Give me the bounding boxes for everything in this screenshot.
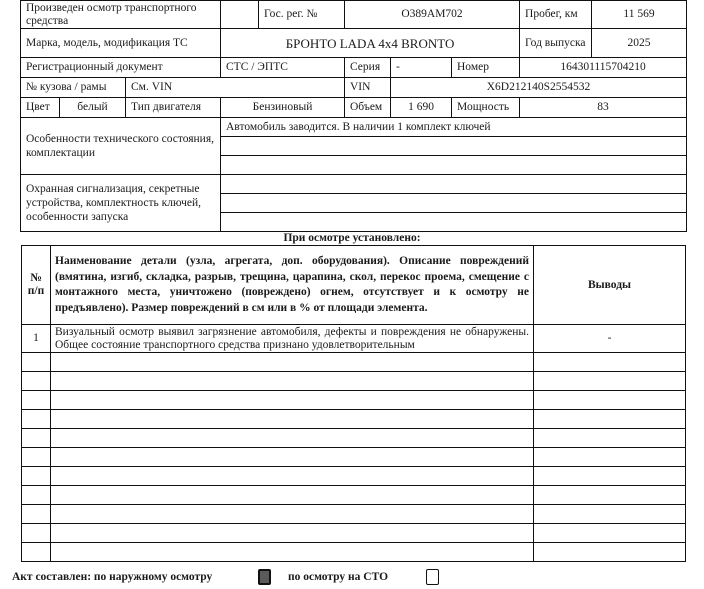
model-label: Марка, модель, модификация ТС (21, 29, 221, 58)
condition-line-1[interactable]: Автомобиль заводится. В наличии 1 компле… (221, 118, 687, 137)
row-description[interactable] (51, 505, 534, 524)
sto-inspection-checkbox[interactable] (426, 569, 439, 585)
number-label: Номер (452, 58, 520, 78)
reg-number-label: Гос. рег. № (259, 1, 345, 29)
row-num[interactable] (22, 353, 51, 372)
row-conclusion[interactable] (534, 353, 686, 372)
header-description: Наименование детали (узла, агрегата, доп… (51, 246, 534, 325)
row-conclusion[interactable] (534, 467, 686, 486)
table-row (22, 391, 686, 410)
condition-line-2[interactable] (221, 137, 687, 156)
condition-line-3[interactable] (221, 156, 687, 175)
row-description[interactable]: Визуальный осмотр выявил загрязнение авт… (51, 325, 534, 353)
row-conclusion[interactable] (534, 429, 686, 448)
series-field[interactable]: - (391, 58, 452, 78)
header-conclusion: Выводы (534, 246, 686, 325)
inspection-label: Произведен осмотр транспортного средства (21, 1, 221, 29)
color-label: Цвет (21, 98, 60, 118)
vin-field[interactable]: X6D212140S2554532 (391, 78, 687, 98)
row-conclusion[interactable] (534, 410, 686, 429)
sto-label: по осмотру на СТО (288, 571, 388, 583)
row-description[interactable] (51, 543, 534, 562)
row-description[interactable] (51, 372, 534, 391)
row-num[interactable] (22, 391, 51, 410)
row-description[interactable] (51, 524, 534, 543)
power-field[interactable]: 83 (520, 98, 687, 118)
security-line-1[interactable] (221, 175, 687, 194)
year-label: Год выпуска (520, 29, 592, 58)
row-conclusion[interactable] (534, 391, 686, 410)
reg-doc-field[interactable]: СТС / ЭПТС (221, 58, 345, 78)
color-field[interactable]: белый (60, 98, 126, 118)
condition-label: Особенности технического состояния, комп… (21, 118, 221, 175)
body-field[interactable]: См. VIN (126, 78, 345, 98)
row-num[interactable] (22, 372, 51, 391)
series-label: Серия (345, 58, 391, 78)
body-label: № кузова / рамы (21, 78, 126, 98)
row-description[interactable] (51, 429, 534, 448)
act-footer: Акт составлен: по наружному осмотру по о… (12, 568, 702, 588)
external-inspection-checkbox[interactable] (258, 569, 271, 585)
engine-label: Тип двигателя (126, 98, 221, 118)
row-num[interactable] (22, 524, 51, 543)
table-row (22, 448, 686, 467)
table-row: 1Визуальный осмотр выявил загрязнение ав… (22, 325, 686, 353)
row-description[interactable] (51, 391, 534, 410)
reg-doc-label: Регистрационный документ (21, 58, 221, 78)
inspection-table: № п/п Наименование детали (узла, агрегат… (21, 245, 686, 562)
inspection-section-title: При осмотре установлено: (0, 232, 704, 244)
inspection-value[interactable] (221, 1, 259, 29)
row-conclusion[interactable] (534, 372, 686, 391)
row-conclusion[interactable] (534, 486, 686, 505)
row-conclusion[interactable] (534, 543, 686, 562)
number-field[interactable]: 164301115704210 (520, 58, 687, 78)
act-label: Акт составлен: по наружному осмотру (12, 571, 212, 583)
row-description[interactable] (51, 410, 534, 429)
header-num: № п/п (22, 246, 51, 325)
row-description[interactable] (51, 467, 534, 486)
year-field[interactable]: 2025 (592, 29, 687, 58)
table-row (22, 524, 686, 543)
table-row (22, 353, 686, 372)
mileage-label: Пробег, км (520, 1, 592, 29)
row-conclusion[interactable] (534, 505, 686, 524)
table-row (22, 467, 686, 486)
row-num[interactable] (22, 448, 51, 467)
row-num[interactable] (22, 543, 51, 562)
mileage-field[interactable]: 11 569 (592, 1, 687, 29)
engine-field[interactable]: Бензиновый (221, 98, 345, 118)
security-line-3[interactable] (221, 213, 687, 232)
row-conclusion[interactable] (534, 448, 686, 467)
table-row (22, 543, 686, 562)
vin-label: VIN (345, 78, 391, 98)
volume-field[interactable]: 1 690 (391, 98, 452, 118)
volume-label: Объем (345, 98, 391, 118)
row-description[interactable] (51, 353, 534, 372)
row-num[interactable] (22, 467, 51, 486)
row-description[interactable] (51, 448, 534, 467)
row-conclusion[interactable]: - (534, 325, 686, 353)
row-num[interactable]: 1 (22, 325, 51, 353)
row-num[interactable] (22, 429, 51, 448)
row-num[interactable] (22, 486, 51, 505)
row-description[interactable] (51, 486, 534, 505)
security-line-2[interactable] (221, 194, 687, 213)
vehicle-info-table: Произведен осмотр транспортного средства… (20, 0, 687, 232)
table-row (22, 429, 686, 448)
table-row (22, 505, 686, 524)
reg-number-field[interactable]: О389АМ702 (345, 1, 520, 29)
security-label: Охранная сигнализация, секретные устройс… (21, 175, 221, 232)
power-label: Мощность (452, 98, 520, 118)
model-field[interactable]: БРОНТО LADA 4x4 BRONTO (221, 29, 520, 58)
row-num[interactable] (22, 505, 51, 524)
row-num[interactable] (22, 410, 51, 429)
table-row (22, 486, 686, 505)
row-conclusion[interactable] (534, 524, 686, 543)
table-row (22, 410, 686, 429)
table-row (22, 372, 686, 391)
